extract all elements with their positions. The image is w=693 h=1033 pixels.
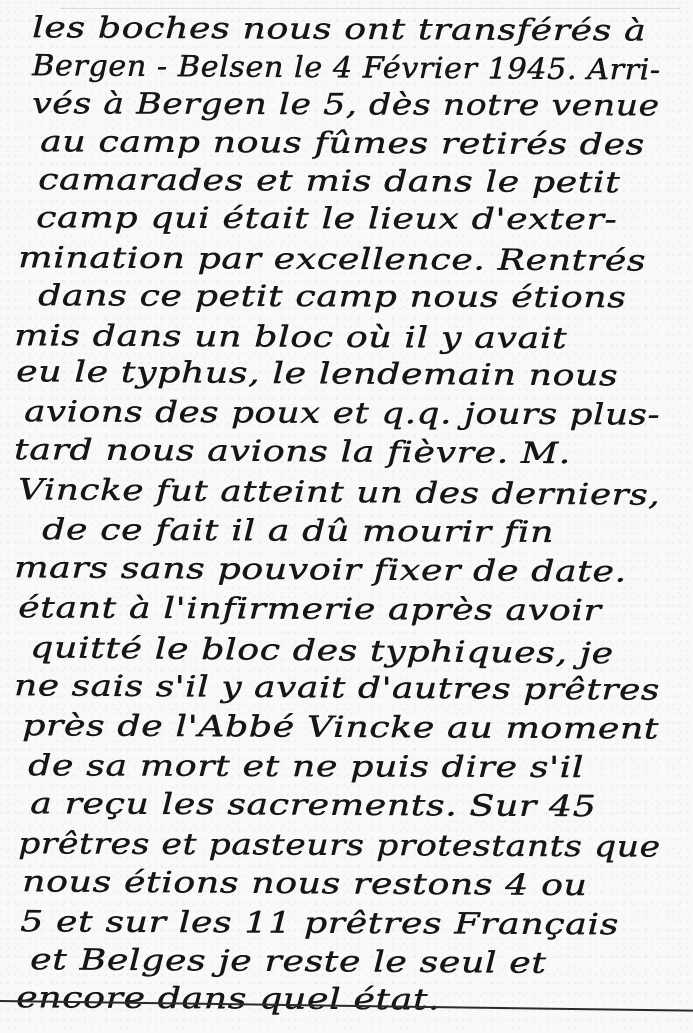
- text-line: a reçu les sacrements. Sur 45: [30, 786, 596, 823]
- text-line: mars sans pouvoir fixer de date.: [14, 550, 627, 588]
- text-line: de sa mort et ne puis dire s'il: [28, 748, 584, 784]
- text-line: camarades et mis dans le petit: [38, 162, 620, 199]
- text-line: Vincke fut atteint un des derniers,: [18, 472, 660, 512]
- text-line: vés à Bergen le 5, dès notre venue: [32, 86, 660, 122]
- text-line: tard nous avions la fièvre. M.: [14, 432, 571, 470]
- text-line: camp qui était le lieux d'exter-: [36, 200, 617, 236]
- text-line: encore dans quel état.: [16, 980, 440, 1016]
- text-line: avions des poux et q.q. jours plus-: [24, 394, 660, 431]
- text-line: et Belges je reste le seul et: [30, 942, 547, 980]
- text-line: de ce fait il a dû mourir fin: [42, 512, 554, 549]
- text-line: ne sais s'il y avait d'autres prêtres: [14, 668, 660, 707]
- text-line: mination par excellence. Rentrés: [18, 240, 646, 277]
- text-line: eu le typhus, le lendemain nous: [16, 354, 618, 392]
- text-line: prêtres et pasteurs protestants que: [18, 826, 661, 863]
- text-line: mis dans un bloc où il y avait: [14, 318, 567, 355]
- handwritten-text: les boches nous ont transférés à Bergen …: [0, 0, 693, 1033]
- text-line: étant à l'infirmerie après avoir: [18, 590, 602, 627]
- text-line: 5 et sur les 11 prêtres Français: [20, 904, 619, 941]
- text-line: au camp nous fûmes retirés des: [40, 124, 645, 161]
- text-line: nous étions nous restons 4 ou: [22, 864, 588, 902]
- text-line: près de l'Abbé Vincke au moment: [22, 708, 659, 745]
- text-line: les boches nous ont transférés à: [32, 10, 646, 47]
- text-line: quitté le bloc des typhiques, je: [30, 630, 614, 670]
- text-line: dans ce petit camp nous étions: [38, 278, 626, 314]
- document-page: les boches nous ont transférés à Bergen …: [0, 0, 693, 1033]
- text-line: Bergen - Belsen le 4 Février 1945. Arri-: [32, 48, 661, 86]
